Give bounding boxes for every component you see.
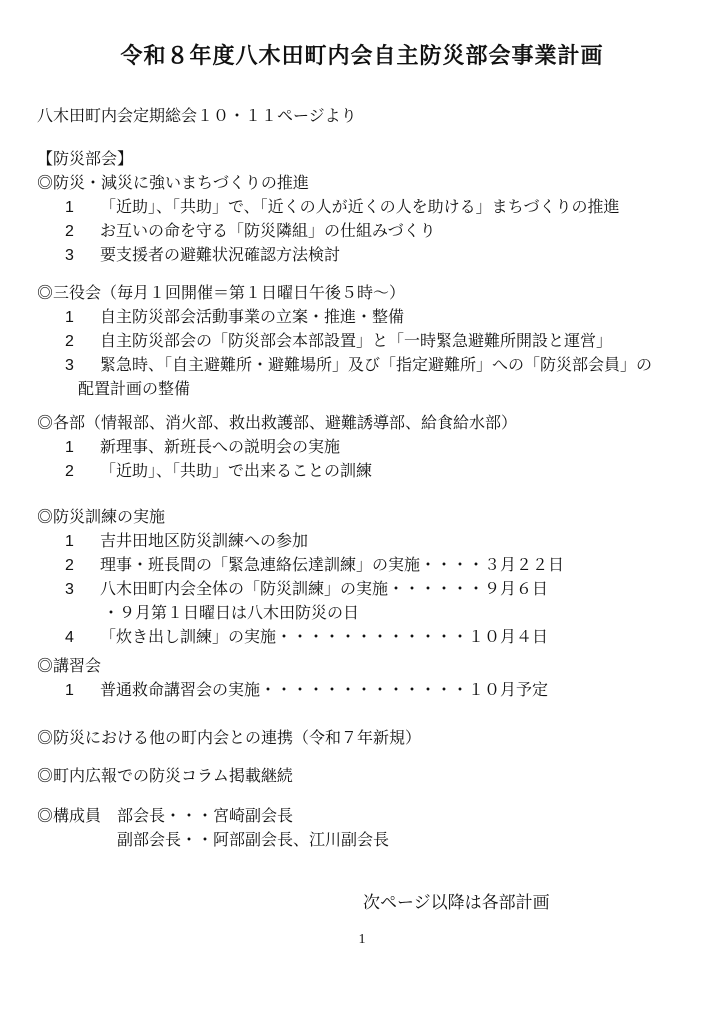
- list-item: 2 お互いの命を守る「防災隣組」の仕組みづくり: [37, 220, 687, 244]
- footer-note: 次ページ以降は各部計画: [37, 891, 687, 915]
- item-subnote: ・９月第１日曜日は八木田防災の日: [37, 602, 687, 626]
- section-renkei: ◎防災における他の町内会との連携（令和７年新規）: [37, 727, 687, 751]
- section-koushukai: ◎講習会 1 普通救命講習会の実施・・・・・・・・・・・・・１０月予定: [37, 655, 687, 703]
- item-text: 理事・班長間の「緊急連絡伝達訓練」の実施・・・・３月２２日: [100, 554, 687, 578]
- section-kakubu: ◎各部（情報部、消火部、救出救護部、避難誘導部、給食給水部） 1 新理事、新班長…: [37, 412, 687, 484]
- item-continuation: 配置計画の整備: [37, 378, 687, 402]
- item-number: 2: [65, 554, 100, 578]
- item-text: 「近助」、「共助」で出来ることの訓練: [100, 460, 687, 484]
- list-item: 2 自主防災部会の「防災部会本部設置」と「一時緊急避難所開設と運営」: [37, 330, 687, 354]
- item-number: 1: [65, 196, 100, 220]
- section-heading: ◎防災訓練の実施: [37, 506, 687, 530]
- group-header: 【防災部会】: [37, 148, 687, 172]
- page-number: 1: [0, 930, 724, 950]
- item-text: 普通救命講習会の実施・・・・・・・・・・・・・１０月予定: [100, 679, 687, 703]
- section-heading: ◎三役会（毎月１回開催＝第１日曜日午後５時～）: [37, 282, 687, 306]
- list-item: 4 「炊き出し訓練」の実施・・・・・・・・・・・・１０月４日: [37, 626, 687, 650]
- item-text: 「炊き出し訓練」の実施・・・・・・・・・・・・１０月４日: [100, 626, 687, 650]
- item-text: 「近助」、「共助」で、「近くの人が近くの人を助ける」まちづくりの推進: [100, 196, 687, 220]
- list-item: 3 八木田町内会全体の「防災訓練」の実施・・・・・・９月６日: [37, 578, 687, 602]
- section-sanyakukai: ◎三役会（毎月１回開催＝第１日曜日午後５時～） 1 自主防災部会活動事業の立案・…: [37, 282, 687, 402]
- section-heading: ◎町内広報での防災コラム掲載継続: [37, 765, 687, 789]
- item-number: 1: [65, 530, 100, 554]
- item-number: 3: [65, 578, 100, 602]
- list-item: 1 普通救命講習会の実施・・・・・・・・・・・・・１０月予定: [37, 679, 687, 703]
- item-text: 八木田町内会全体の「防災訓練」の実施・・・・・・９月６日: [100, 578, 687, 602]
- item-text: 吉井田地区防災訓練への参加: [100, 530, 687, 554]
- item-text: 新理事、新班長への説明会の実施: [100, 436, 687, 460]
- list-item: 2 理事・班長間の「緊急連絡伝達訓練」の実施・・・・３月２２日: [37, 554, 687, 578]
- list-item: 1 自主防災部会活動事業の立案・推進・整備: [37, 306, 687, 330]
- item-number: 2: [65, 460, 100, 484]
- item-number: 2: [65, 220, 100, 244]
- page-title: 令和８年度八木田町内会自主防災部会事業計画: [0, 42, 724, 70]
- document-page: 令和８年度八木田町内会自主防災部会事業計画 八木田町内会定期総会１０・１１ページ…: [0, 0, 724, 1024]
- item-number: 3: [65, 244, 100, 268]
- section-bousai-kunren: ◎防災訓練の実施 1 吉井田地区防災訓練への参加 2 理事・班長間の「緊急連絡伝…: [37, 506, 687, 650]
- section-machizukuri: ◎防災・減災に強いまちづくりの推進 1 「近助」、「共助」で、「近くの人が近くの…: [37, 172, 687, 268]
- section-heading: ◎各部（情報部、消火部、救出救護部、避難誘導部、給食給水部）: [37, 412, 687, 436]
- item-number: 1: [65, 436, 100, 460]
- item-number: 3: [65, 354, 100, 378]
- item-text: 要支援者の避難状況確認方法検討: [100, 244, 687, 268]
- source-note: 八木田町内会定期総会１０・１１ページより: [37, 105, 687, 129]
- list-item: 1 「近助」、「共助」で、「近くの人が近くの人を助ける」まちづくりの推進: [37, 196, 687, 220]
- item-number: 2: [65, 330, 100, 354]
- section-heading: ◎構成員 部会長・・・宮崎副会長: [37, 805, 687, 829]
- section-kouhou: ◎町内広報での防災コラム掲載継続: [37, 765, 687, 789]
- item-number: 1: [65, 679, 100, 703]
- list-item: 2 「近助」、「共助」で出来ることの訓練: [37, 460, 687, 484]
- item-text: お互いの命を守る「防災隣組」の仕組みづくり: [100, 220, 687, 244]
- list-item: 3 緊急時、「自主避難所・避難場所」及び「指定避難所」への「防災部会員」の: [37, 354, 687, 378]
- members-continuation: 副部会長・・阿部副会長、江川副会長: [37, 829, 687, 853]
- item-text: 自主防災部会の「防災部会本部設置」と「一時緊急避難所開設と運営」: [100, 330, 687, 354]
- section-heading: ◎講習会: [37, 655, 687, 679]
- list-item: 3 要支援者の避難状況確認方法検討: [37, 244, 687, 268]
- item-text: 緊急時、「自主避難所・避難場所」及び「指定避難所」への「防災部会員」の: [100, 354, 687, 378]
- section-heading: ◎防災・減災に強いまちづくりの推進: [37, 172, 687, 196]
- document-body: 八木田町内会定期総会１０・１１ページより 【防災部会】 ◎防災・減災に強いまちづ…: [0, 105, 724, 915]
- item-text: 自主防災部会活動事業の立案・推進・整備: [100, 306, 687, 330]
- section-kouseiin: ◎構成員 部会長・・・宮崎副会長 副部会長・・阿部副会長、江川副会長: [37, 805, 687, 853]
- list-item: 1 吉井田地区防災訓練への参加: [37, 530, 687, 554]
- list-item: 1 新理事、新班長への説明会の実施: [37, 436, 687, 460]
- item-number: 1: [65, 306, 100, 330]
- section-heading: ◎防災における他の町内会との連携（令和７年新規）: [37, 727, 687, 751]
- item-number: 4: [65, 626, 100, 650]
